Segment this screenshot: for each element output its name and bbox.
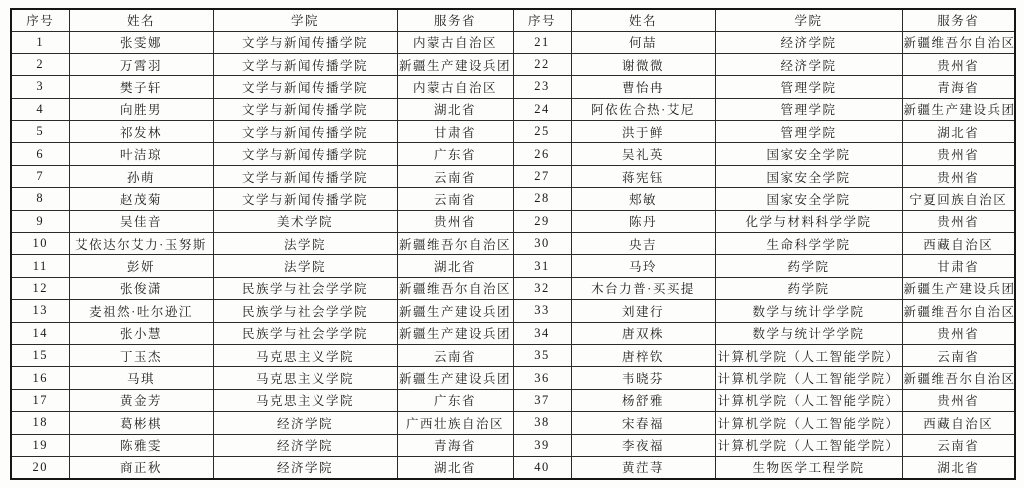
- table-row: 5祁发林文学与新闻传播学院甘肃省25洪于鲜管理学院湖北省: [11, 121, 1015, 143]
- serial-cell: 21: [513, 31, 571, 53]
- serial-cell: 27: [513, 165, 571, 187]
- name-cell: 祁发林: [69, 121, 213, 143]
- province-cell: 甘肃省: [902, 255, 1015, 277]
- province-cell: 新疆维吾尔自治区: [902, 300, 1015, 322]
- table-row: 11彭妍法学院湖北省31马玲药学院甘肃省: [11, 255, 1015, 277]
- college-cell: 民族学与社会学学院: [213, 322, 397, 344]
- serial-cell: 5: [11, 121, 69, 143]
- college-cell: 化学与材料科学学院: [715, 210, 902, 232]
- name-cell: 向胜男: [69, 98, 213, 120]
- serial-cell: 23: [513, 76, 571, 98]
- college-cell: 管理学院: [715, 98, 902, 120]
- name-cell: 彭妍: [69, 255, 213, 277]
- name-cell: 木台力普·买买提: [571, 277, 715, 299]
- table-row: 3樊子轩文学与新闻传播学院内蒙古自治区23曹怡冉管理学院青海省: [11, 76, 1015, 98]
- province-cell: 新疆生产建设兵团: [902, 98, 1015, 120]
- serial-cell: 26: [513, 143, 571, 165]
- serial-cell: 31: [513, 255, 571, 277]
- province-cell: 贵州省: [397, 210, 513, 232]
- province-cell: 湖北省: [902, 456, 1015, 479]
- serial-cell: 3: [11, 76, 69, 98]
- province-cell: 内蒙古自治区: [397, 76, 513, 98]
- serial-cell: 39: [513, 434, 571, 456]
- province-cell: 云南省: [397, 344, 513, 366]
- province-cell: 贵州省: [902, 53, 1015, 75]
- table-row: 18葛彬棋经济学院广西壮族自治区38宋春福计算机学院（人工智能学院）西藏自治区: [11, 412, 1015, 434]
- province-cell: 广东省: [397, 143, 513, 165]
- province-cell: 宁夏回族自治区: [902, 188, 1015, 210]
- name-cell: 郏敏: [571, 188, 715, 210]
- name-cell: 张俊潇: [69, 277, 213, 299]
- serial-cell: 40: [513, 456, 571, 479]
- college-cell: 经济学院: [213, 434, 397, 456]
- college-cell: 生物医学工程学院: [715, 456, 902, 479]
- serial-cell: 32: [513, 277, 571, 299]
- serial-cell: 18: [11, 412, 69, 434]
- college-cell: 管理学院: [715, 121, 902, 143]
- province-cell: 贵州省: [902, 389, 1015, 411]
- province-cell: 内蒙古自治区: [397, 31, 513, 53]
- province-cell: 西藏自治区: [902, 233, 1015, 255]
- name-cell: 何喆: [571, 31, 715, 53]
- college-cell: 计算机学院（人工智能学院）: [715, 389, 902, 411]
- college-cell: 文学与新闻传播学院: [213, 165, 397, 187]
- province-cell: 湖北省: [397, 255, 513, 277]
- serial-cell: 2: [11, 53, 69, 75]
- college-cell: 药学院: [715, 277, 902, 299]
- province-cell: 新疆生产建设兵团: [397, 322, 513, 344]
- table-row: 15丁玉杰马克思主义学院云南省35唐梓钦计算机学院（人工智能学院）云南省: [11, 344, 1015, 366]
- name-cell: 唐梓钦: [571, 344, 715, 366]
- page: 序号 姓名 学院 服务省 序号 姓名 学院 服务省 1张雯娜文学与新闻传播学院内…: [0, 0, 1024, 488]
- name-cell: 黄金芳: [69, 389, 213, 411]
- header-province-right: 服务省: [902, 9, 1015, 31]
- college-cell: 美术学院: [213, 210, 397, 232]
- province-cell: 新疆维吾尔自治区: [397, 233, 513, 255]
- province-cell: 广东省: [397, 389, 513, 411]
- name-cell: 丁玉杰: [69, 344, 213, 366]
- serial-cell: 10: [11, 233, 69, 255]
- province-cell: 西藏自治区: [902, 412, 1015, 434]
- province-cell: 新疆维吾尔自治区: [397, 277, 513, 299]
- name-cell: 孙萌: [69, 165, 213, 187]
- serial-cell: 11: [11, 255, 69, 277]
- serial-cell: 29: [513, 210, 571, 232]
- table-row: 12张俊潇民族学与社会学学院新疆维吾尔自治区32木台力普·买买提药学院新疆生产建…: [11, 277, 1015, 299]
- serial-cell: 34: [513, 322, 571, 344]
- serial-cell: 38: [513, 412, 571, 434]
- college-cell: 民族学与社会学学院: [213, 300, 397, 322]
- header-name-right: 姓名: [571, 9, 715, 31]
- name-cell: 樊子轩: [69, 76, 213, 98]
- name-cell: 吴佳音: [69, 210, 213, 232]
- serial-cell: 35: [513, 344, 571, 366]
- serial-cell: 24: [513, 98, 571, 120]
- name-cell: 蒋宪钰: [571, 165, 715, 187]
- serial-cell: 13: [11, 300, 69, 322]
- college-cell: 国家安全学院: [715, 165, 902, 187]
- serial-cell: 37: [513, 389, 571, 411]
- province-cell: 广西壮族自治区: [397, 412, 513, 434]
- college-cell: 马克思主义学院: [213, 389, 397, 411]
- college-cell: 马克思主义学院: [213, 367, 397, 389]
- college-cell: 数学与统计学学院: [715, 322, 902, 344]
- serial-cell: 1: [11, 31, 69, 53]
- college-cell: 国家安全学院: [715, 188, 902, 210]
- name-cell: 马玲: [571, 255, 715, 277]
- college-cell: 计算机学院（人工智能学院）: [715, 412, 902, 434]
- header-serial-right: 序号: [513, 9, 571, 31]
- table-row: 14张小慧民族学与社会学学院新疆生产建设兵团34唐双株数学与统计学学院贵州省: [11, 322, 1015, 344]
- province-cell: 贵州省: [902, 322, 1015, 344]
- college-cell: 经济学院: [213, 412, 397, 434]
- name-cell: 唐双株: [571, 322, 715, 344]
- college-cell: 文学与新闻传播学院: [213, 121, 397, 143]
- name-cell: 李夜福: [571, 434, 715, 456]
- name-cell: 韦晓芬: [571, 367, 715, 389]
- table-row: 4向胜男文学与新闻传播学院湖北省24阿依佐合热·艾尼管理学院新疆生产建设兵团: [11, 98, 1015, 120]
- province-cell: 新疆生产建设兵团: [397, 53, 513, 75]
- name-cell: 杨舒雅: [571, 389, 715, 411]
- college-cell: 经济学院: [213, 456, 397, 479]
- serial-cell: 9: [11, 210, 69, 232]
- header-college-left: 学院: [213, 9, 397, 31]
- college-cell: 文学与新闻传播学院: [213, 143, 397, 165]
- name-cell: 张小慧: [69, 322, 213, 344]
- college-cell: 药学院: [715, 255, 902, 277]
- serial-cell: 4: [11, 98, 69, 120]
- college-cell: 马克思主义学院: [213, 344, 397, 366]
- name-cell: 刘建行: [571, 300, 715, 322]
- name-cell: 马琪: [69, 367, 213, 389]
- province-cell: 湖北省: [397, 98, 513, 120]
- college-cell: 文学与新闻传播学院: [213, 76, 397, 98]
- serial-cell: 15: [11, 344, 69, 366]
- college-cell: 经济学院: [715, 53, 902, 75]
- province-cell: 云南省: [902, 344, 1015, 366]
- name-cell: 谢微微: [571, 53, 715, 75]
- college-cell: 经济学院: [715, 31, 902, 53]
- header-row: 序号 姓名 学院 服务省 序号 姓名 学院 服务省: [11, 9, 1015, 31]
- table-row: 17黄金芳马克思主义学院广东省37杨舒雅计算机学院（人工智能学院）贵州省: [11, 389, 1015, 411]
- name-cell: 陈雅雯: [69, 434, 213, 456]
- table-row: 20商正秋经济学院湖北省40黄茳荨生物医学工程学院湖北省: [11, 456, 1015, 479]
- table-row: 16马琪马克思主义学院新疆生产建设兵团36韦晓芬计算机学院（人工智能学院）新疆维…: [11, 367, 1015, 389]
- serial-cell: 22: [513, 53, 571, 75]
- name-cell: 曹怡冉: [571, 76, 715, 98]
- province-cell: 青海省: [397, 434, 513, 456]
- province-cell: 新疆生产建设兵团: [902, 277, 1015, 299]
- name-cell: 叶洁琼: [69, 143, 213, 165]
- name-cell: 葛彬棋: [69, 412, 213, 434]
- serial-cell: 28: [513, 188, 571, 210]
- table-row: 2万霄羽文学与新闻传播学院新疆生产建设兵团22谢微微经济学院贵州省: [11, 53, 1015, 75]
- table-row: 6叶洁琼文学与新闻传播学院广东省26吴礼英国家安全学院贵州省: [11, 143, 1015, 165]
- table-row: 1张雯娜文学与新闻传播学院内蒙古自治区21何喆经济学院新疆维吾尔自治区: [11, 31, 1015, 53]
- name-cell: 麦祖然·吐尔逊江: [69, 300, 213, 322]
- serial-cell: 16: [11, 367, 69, 389]
- college-cell: 文学与新闻传播学院: [213, 31, 397, 53]
- province-cell: 新疆维吾尔自治区: [902, 367, 1015, 389]
- college-cell: 计算机学院（人工智能学院）: [715, 434, 902, 456]
- serial-cell: 17: [11, 389, 69, 411]
- college-cell: 文学与新闻传播学院: [213, 188, 397, 210]
- serial-cell: 20: [11, 456, 69, 479]
- province-cell: 云南省: [397, 165, 513, 187]
- province-cell: 云南省: [397, 188, 513, 210]
- name-cell: 阿依佐合热·艾尼: [571, 98, 715, 120]
- name-cell: 央吉: [571, 233, 715, 255]
- serial-cell: 33: [513, 300, 571, 322]
- name-cell: 万霄羽: [69, 53, 213, 75]
- roster-table-body: 1张雯娜文学与新闻传播学院内蒙古自治区21何喆经济学院新疆维吾尔自治区2万霄羽文…: [11, 31, 1015, 479]
- table-row: 19陈雅雯经济学院青海省39李夜福计算机学院（人工智能学院）云南省: [11, 434, 1015, 456]
- header-college-right: 学院: [715, 9, 902, 31]
- serial-cell: 8: [11, 188, 69, 210]
- serial-cell: 36: [513, 367, 571, 389]
- name-cell: 张雯娜: [69, 31, 213, 53]
- serial-cell: 19: [11, 434, 69, 456]
- header-province-left: 服务省: [397, 9, 513, 31]
- province-cell: 新疆生产建设兵团: [397, 300, 513, 322]
- serial-cell: 12: [11, 277, 69, 299]
- name-cell: 陈丹: [571, 210, 715, 232]
- name-cell: 艾依达尔艾力·玉努斯: [69, 233, 213, 255]
- name-cell: 宋春福: [571, 412, 715, 434]
- province-cell: 青海省: [902, 76, 1015, 98]
- province-cell: 贵州省: [902, 143, 1015, 165]
- name-cell: 吴礼英: [571, 143, 715, 165]
- header-serial-left: 序号: [11, 9, 69, 31]
- name-cell: 洪于鲜: [571, 121, 715, 143]
- name-cell: 商正秋: [69, 456, 213, 479]
- college-cell: 文学与新闻传播学院: [213, 98, 397, 120]
- roster-table: 序号 姓名 学院 服务省 序号 姓名 学院 服务省 1张雯娜文学与新闻传播学院内…: [10, 8, 1016, 480]
- name-cell: 黄茳荨: [571, 456, 715, 479]
- serial-cell: 25: [513, 121, 571, 143]
- province-cell: 新疆生产建设兵团: [397, 367, 513, 389]
- college-cell: 法学院: [213, 255, 397, 277]
- province-cell: 贵州省: [902, 165, 1015, 187]
- college-cell: 管理学院: [715, 76, 902, 98]
- college-cell: 民族学与社会学学院: [213, 277, 397, 299]
- province-cell: 湖北省: [902, 121, 1015, 143]
- name-cell: 赵茂菊: [69, 188, 213, 210]
- serial-cell: 14: [11, 322, 69, 344]
- province-cell: 甘肃省: [397, 121, 513, 143]
- serial-cell: 6: [11, 143, 69, 165]
- college-cell: 文学与新闻传播学院: [213, 53, 397, 75]
- table-row: 7孙萌文学与新闻传播学院云南省27蒋宪钰国家安全学院贵州省: [11, 165, 1015, 187]
- serial-cell: 7: [11, 165, 69, 187]
- college-cell: 国家安全学院: [715, 143, 902, 165]
- college-cell: 法学院: [213, 233, 397, 255]
- table-row: 10艾依达尔艾力·玉努斯法学院新疆维吾尔自治区30央吉生命科学学院西藏自治区: [11, 233, 1015, 255]
- table-row: 13麦祖然·吐尔逊江民族学与社会学学院新疆生产建设兵团33刘建行数学与统计学学院…: [11, 300, 1015, 322]
- table-row: 8赵茂菊文学与新闻传播学院云南省28郏敏国家安全学院宁夏回族自治区: [11, 188, 1015, 210]
- college-cell: 生命科学学院: [715, 233, 902, 255]
- table-row: 9吴佳音美术学院贵州省29陈丹化学与材料科学学院贵州省: [11, 210, 1015, 232]
- roster-table-header: 序号 姓名 学院 服务省 序号 姓名 学院 服务省: [11, 9, 1015, 31]
- province-cell: 湖北省: [397, 456, 513, 479]
- province-cell: 新疆维吾尔自治区: [902, 31, 1015, 53]
- header-name-left: 姓名: [69, 9, 213, 31]
- serial-cell: 30: [513, 233, 571, 255]
- college-cell: 计算机学院（人工智能学院）: [715, 344, 902, 366]
- college-cell: 计算机学院（人工智能学院）: [715, 367, 902, 389]
- province-cell: 贵州省: [902, 210, 1015, 232]
- province-cell: 云南省: [902, 434, 1015, 456]
- college-cell: 数学与统计学学院: [715, 300, 902, 322]
